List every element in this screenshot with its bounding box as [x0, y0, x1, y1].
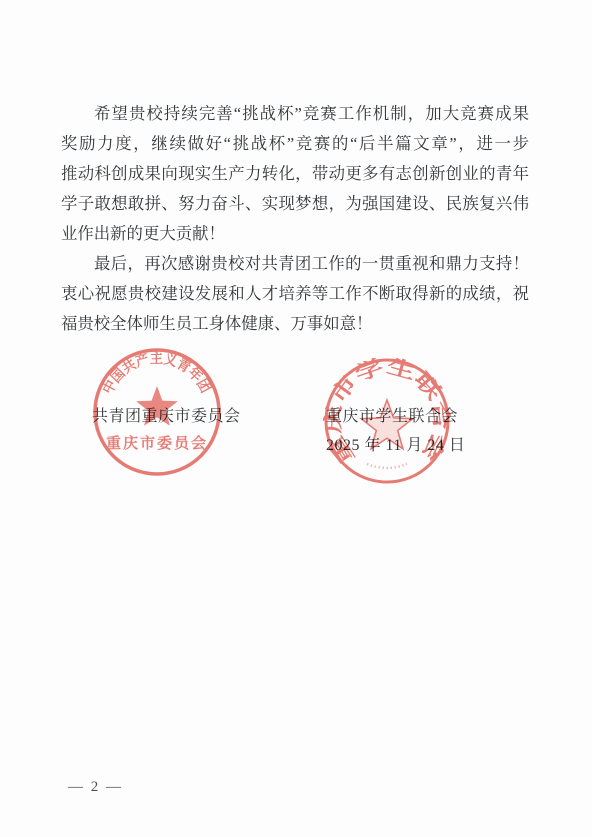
- body-line: 奖励力度，继续做好“挑战杯”竞赛的“后半篇文章”，进一步: [61, 129, 529, 159]
- right-seal: 重庆市学生联合会: [322, 355, 454, 487]
- star-icon: [136, 386, 178, 426]
- body-line: 最后，再次感谢贵校对共青团工作的一贯重视和鼎力支持！: [61, 249, 529, 279]
- seal-bottom-text: 重庆市委员会: [106, 434, 208, 452]
- body-line: 希望贵校持续完善“挑战杯”竞赛工作机制，加大竞赛成果: [61, 99, 529, 129]
- star-icon: [361, 400, 412, 449]
- body-line: 学子敢想敢拼、努力奋斗、实现梦想，为强国建设、民族复兴伟: [61, 189, 529, 219]
- letter-body: 希望贵校持续完善“挑战杯”竞赛工作机制，加大竞赛成果 奖励力度，继续做好“挑战杯…: [61, 99, 529, 339]
- left-seal: 中国共产主义青年团 重庆市委员会: [90, 345, 224, 479]
- body-line: 衷心祝愿贵校建设发展和人才培养等工作不断取得新的成绩，祝: [61, 279, 529, 309]
- page-number: — 2 —: [68, 779, 123, 796]
- seal-microtext: [367, 464, 407, 468]
- letter-page: 希望贵校持续完善“挑战杯”竞赛工作机制，加大竞赛成果 奖励力度，继续做好“挑战杯…: [0, 0, 592, 837]
- body-line: 推动科创成果向现实生产力转化，带动更多有志创新创业的青年: [61, 159, 529, 189]
- body-line: 业作出新的更大贡献！: [61, 219, 529, 249]
- body-line: 福贵校全体师生员工身体健康、万事如意！: [61, 309, 529, 339]
